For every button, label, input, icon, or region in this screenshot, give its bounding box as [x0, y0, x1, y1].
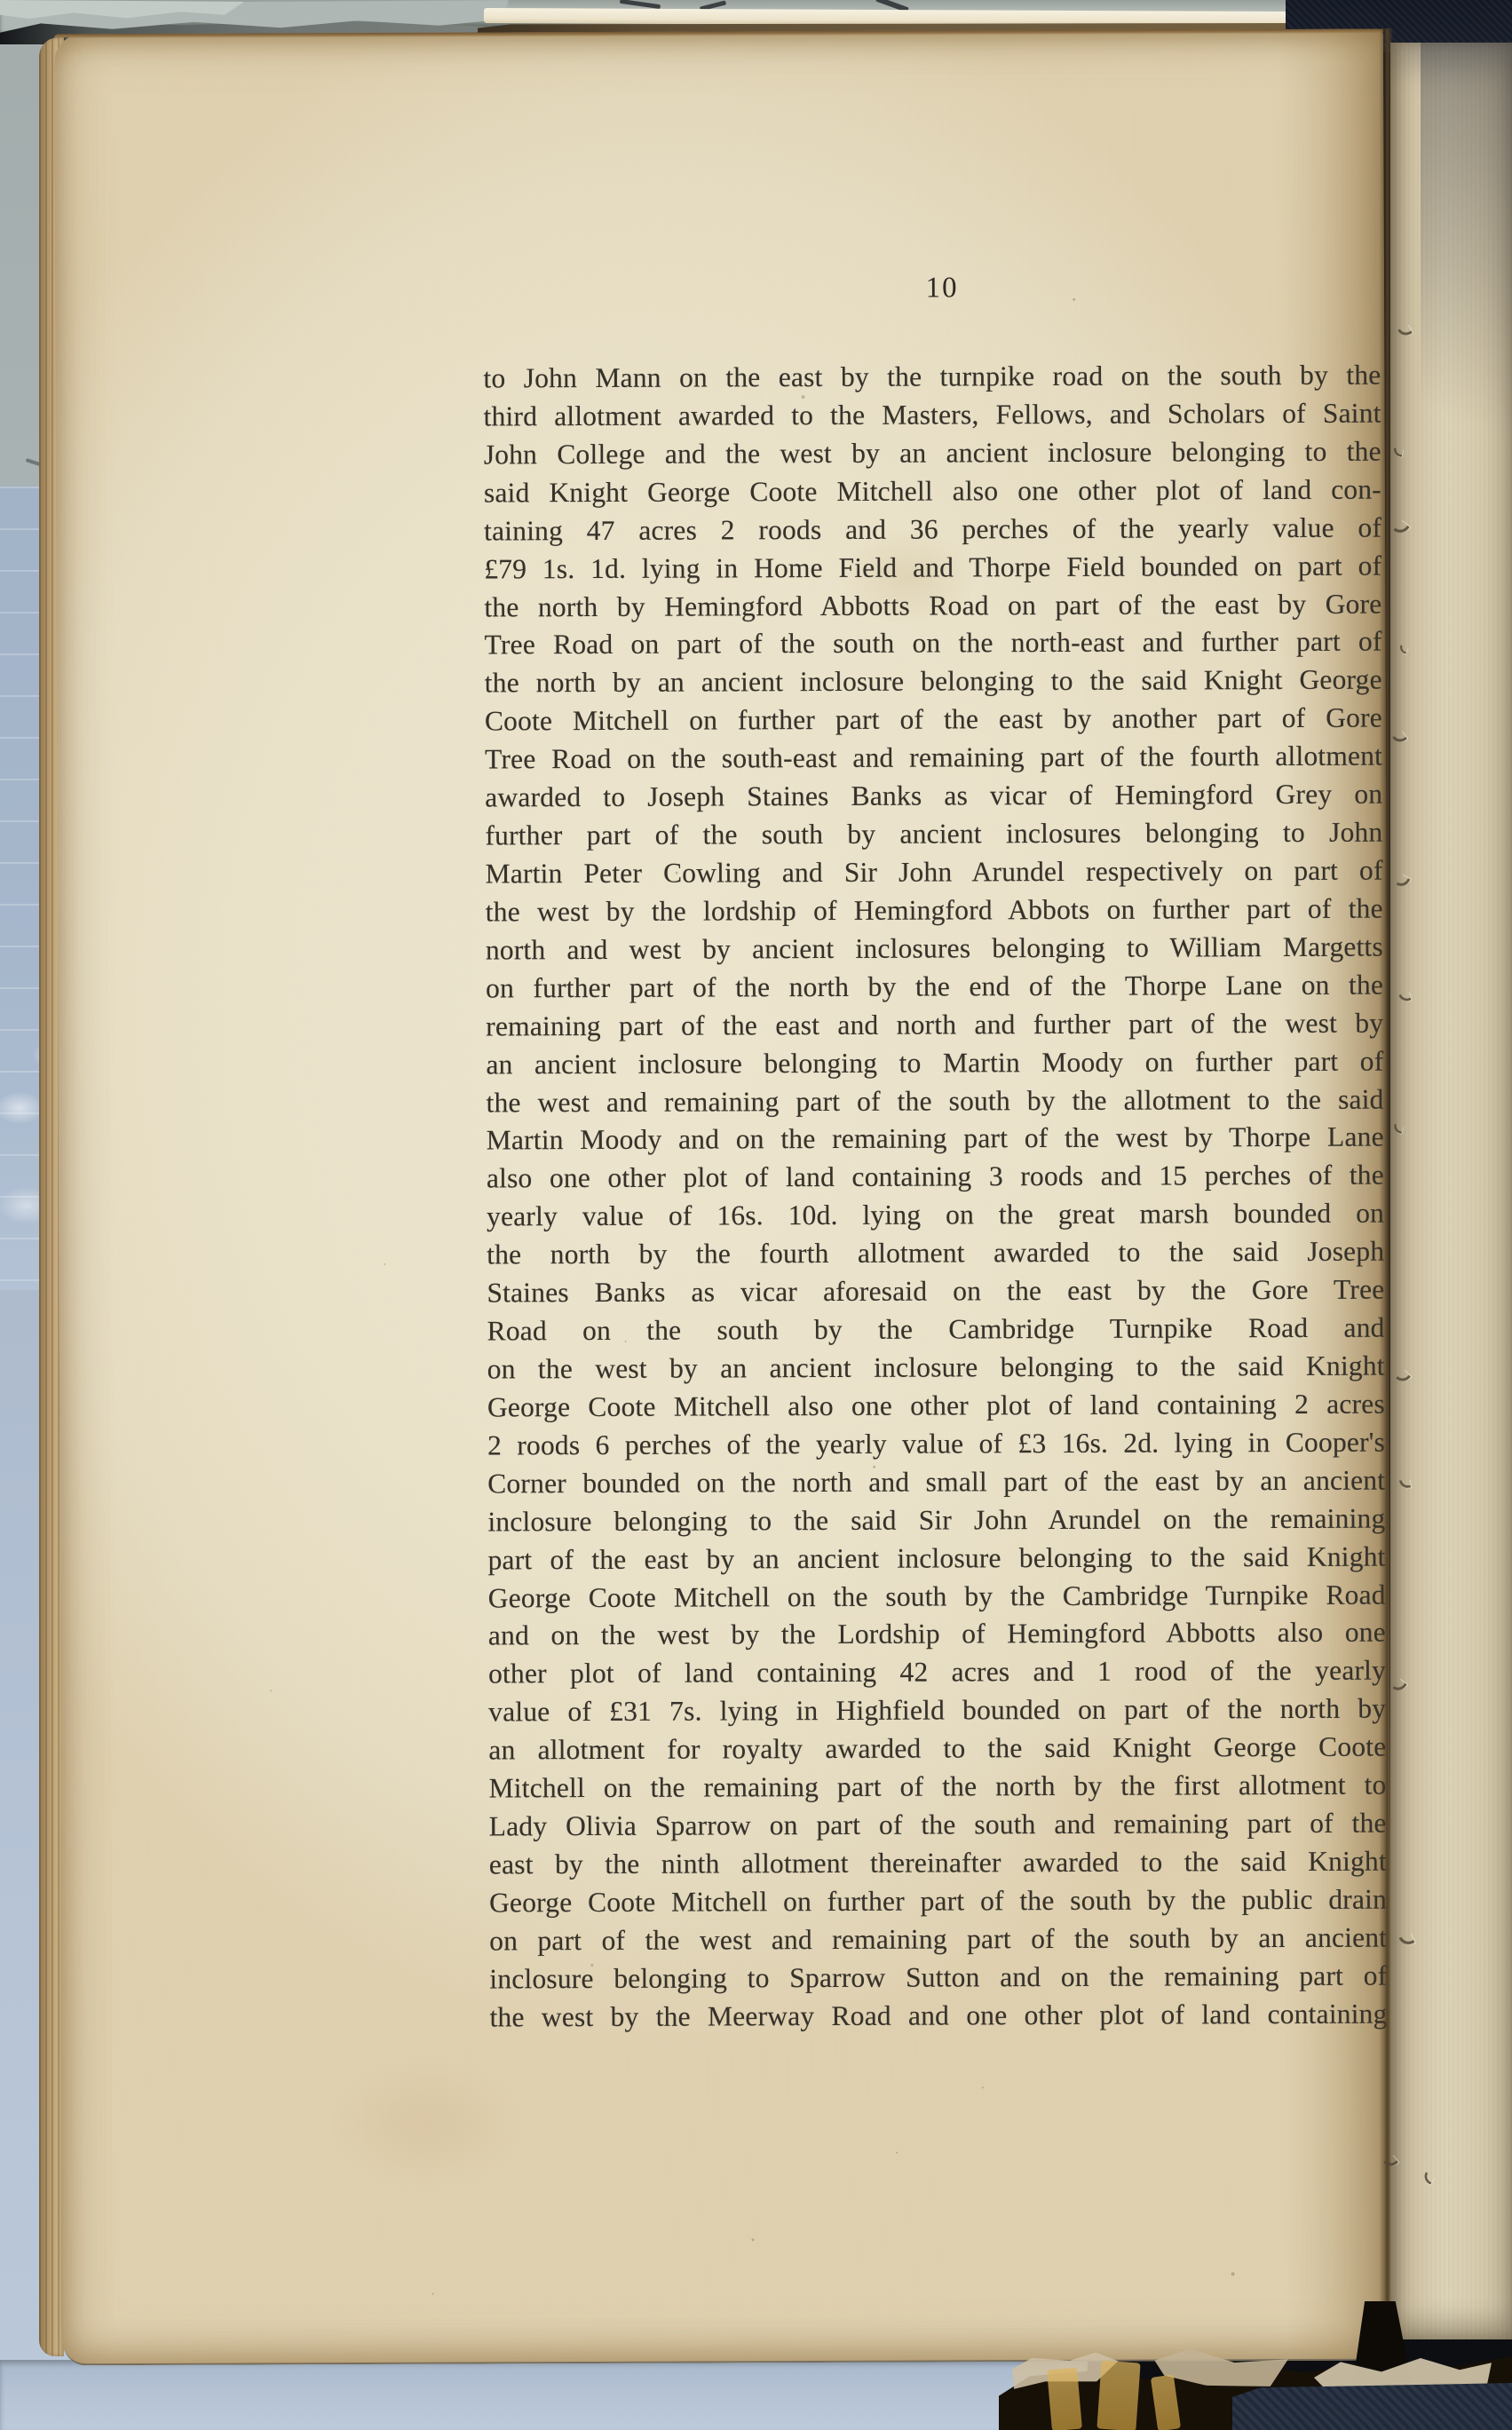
- text-line: on part of the west and remaining part o…: [489, 1919, 1387, 1960]
- text-line: on further part of the north by the end …: [486, 966, 1383, 1008]
- text-line: the north by Hemingford Abbotts Road on …: [484, 585, 1381, 627]
- text-line: Road on the south by the Cambridge Turnp…: [487, 1310, 1384, 1351]
- glue-residue: [1047, 2368, 1082, 2430]
- foxing-speck: [752, 2238, 755, 2241]
- text-line: £79 1s. 1d. lying in Home Field and Thor…: [484, 547, 1381, 589]
- text-line: the west and remaining part of the south…: [487, 1080, 1384, 1122]
- foxing-speck: [590, 1964, 593, 1967]
- text-line: inclosure belonging to Sparrow Sutton an…: [489, 1957, 1387, 1999]
- text-line: further part of the south by ancient inc…: [485, 814, 1382, 856]
- text-line: an allotment for royalty awarded to the …: [488, 1729, 1386, 1770]
- text-line: east by the ninth allotment thereinafter…: [489, 1843, 1387, 1885]
- glue-residue: [1096, 2361, 1140, 2430]
- foxing-speck: [384, 1263, 385, 1265]
- text-line: also one other plot of land containing 3…: [487, 1157, 1384, 1199]
- foxing-speck: [270, 1690, 272, 1691]
- text-line: Martin Peter Cowling and Sir John Arunde…: [486, 852, 1383, 894]
- body-text-lines: to John Mann on the east by the turnpike…: [483, 357, 1387, 2037]
- text-line: Tree Road on part of the south on the no…: [485, 623, 1382, 665]
- text-line: the north by an ancient inclosure belong…: [485, 661, 1382, 703]
- text-line: Lady Olivia Sparrow on part of the south…: [489, 1805, 1387, 1847]
- text-line: an ancient inclosure belonging to Martin…: [486, 1042, 1383, 1084]
- text-line: north and west by ancient inclosures bel…: [486, 928, 1383, 970]
- text-line: part of the east by an ancient inclosure…: [487, 1538, 1385, 1579]
- facing-page-top-shadow: [1421, 43, 1512, 540]
- text-line: taining 47 acres 2 roods and 36 perches …: [484, 509, 1381, 550]
- text-line: to John Mann on the east by the turnpike…: [483, 357, 1381, 399]
- foxing-speck: [1073, 298, 1075, 301]
- text-line: George Coote Mitchell also one other plo…: [487, 1385, 1385, 1427]
- text-line: remaining part of the east and north and…: [486, 1004, 1383, 1046]
- text-line: Mitchell on the remaining part of the no…: [488, 1767, 1386, 1809]
- foxing-speck: [982, 2086, 984, 2088]
- text-line: awarded to Joseph Staines Banks as vicar…: [485, 776, 1382, 818]
- foxing-speck: [896, 2152, 898, 2154]
- foxing-speck: [676, 872, 678, 875]
- backing-cloth-bottom: [0, 2360, 1088, 2430]
- book-photograph: 10 to John Mann on the east by the turnp…: [0, 0, 1512, 2430]
- text-line: said Knight George Coote Mitchell also o…: [484, 471, 1381, 512]
- paper-stain: [329, 2056, 525, 2190]
- foxing-speck: [1231, 2272, 1235, 2276]
- text-line: the west by the Meerway Road and one oth…: [489, 1995, 1387, 2037]
- foxing-speck: [873, 1466, 875, 1468]
- foxing-speck: [432, 2293, 434, 2295]
- text-line: other plot of land containing 42 acres a…: [488, 1652, 1386, 1694]
- text-line: George Coote Mitchell on the south by th…: [488, 1576, 1386, 1618]
- text-line: third allotment awarded to the Masters, …: [484, 394, 1381, 436]
- foxing-speck: [1162, 913, 1164, 914]
- book-page: 10 to John Mann on the east by the turnp…: [54, 29, 1392, 2366]
- text-line: Corner bounded on the north and small pa…: [487, 1461, 1385, 1503]
- text-line: 2 roods 6 perches of the yearly value of…: [487, 1423, 1385, 1465]
- text-line: Coote Mitchell on further part of the ea…: [485, 700, 1382, 741]
- text-line: and on the west by the Lordship of Hemin…: [488, 1614, 1386, 1656]
- text-line: the west by the lordship of Hemingford A…: [486, 890, 1383, 931]
- text-line: the north by the fourth allotment awarde…: [487, 1233, 1384, 1275]
- text-line: John College and the west by an ancient …: [484, 432, 1381, 474]
- text-line: yearly value of 16s. 10d. lying on the g…: [487, 1195, 1384, 1237]
- foxing-speck: [1097, 380, 1099, 382]
- binding-cloth-corner: [1232, 2383, 1512, 2430]
- text-line: George Coote Mitchell on further part of…: [489, 1880, 1387, 1922]
- text-line: inclosure belonging to the said Sir John…: [487, 1500, 1385, 1541]
- foxing-speck: [625, 1341, 627, 1342]
- text-line: Staines Banks as vicar aforesaid on the …: [487, 1271, 1384, 1313]
- page-number: 10: [494, 271, 1390, 307]
- text-line: Martin Moody and on the remaining part o…: [487, 1119, 1384, 1160]
- text-line: value of £31 7s. lying in Highfield boun…: [488, 1690, 1386, 1732]
- foxing-speck: [802, 395, 805, 399]
- text-line: on the west by an ancient inclosure belo…: [487, 1348, 1385, 1389]
- text-line: Tree Road on the south-east and remainin…: [485, 738, 1382, 780]
